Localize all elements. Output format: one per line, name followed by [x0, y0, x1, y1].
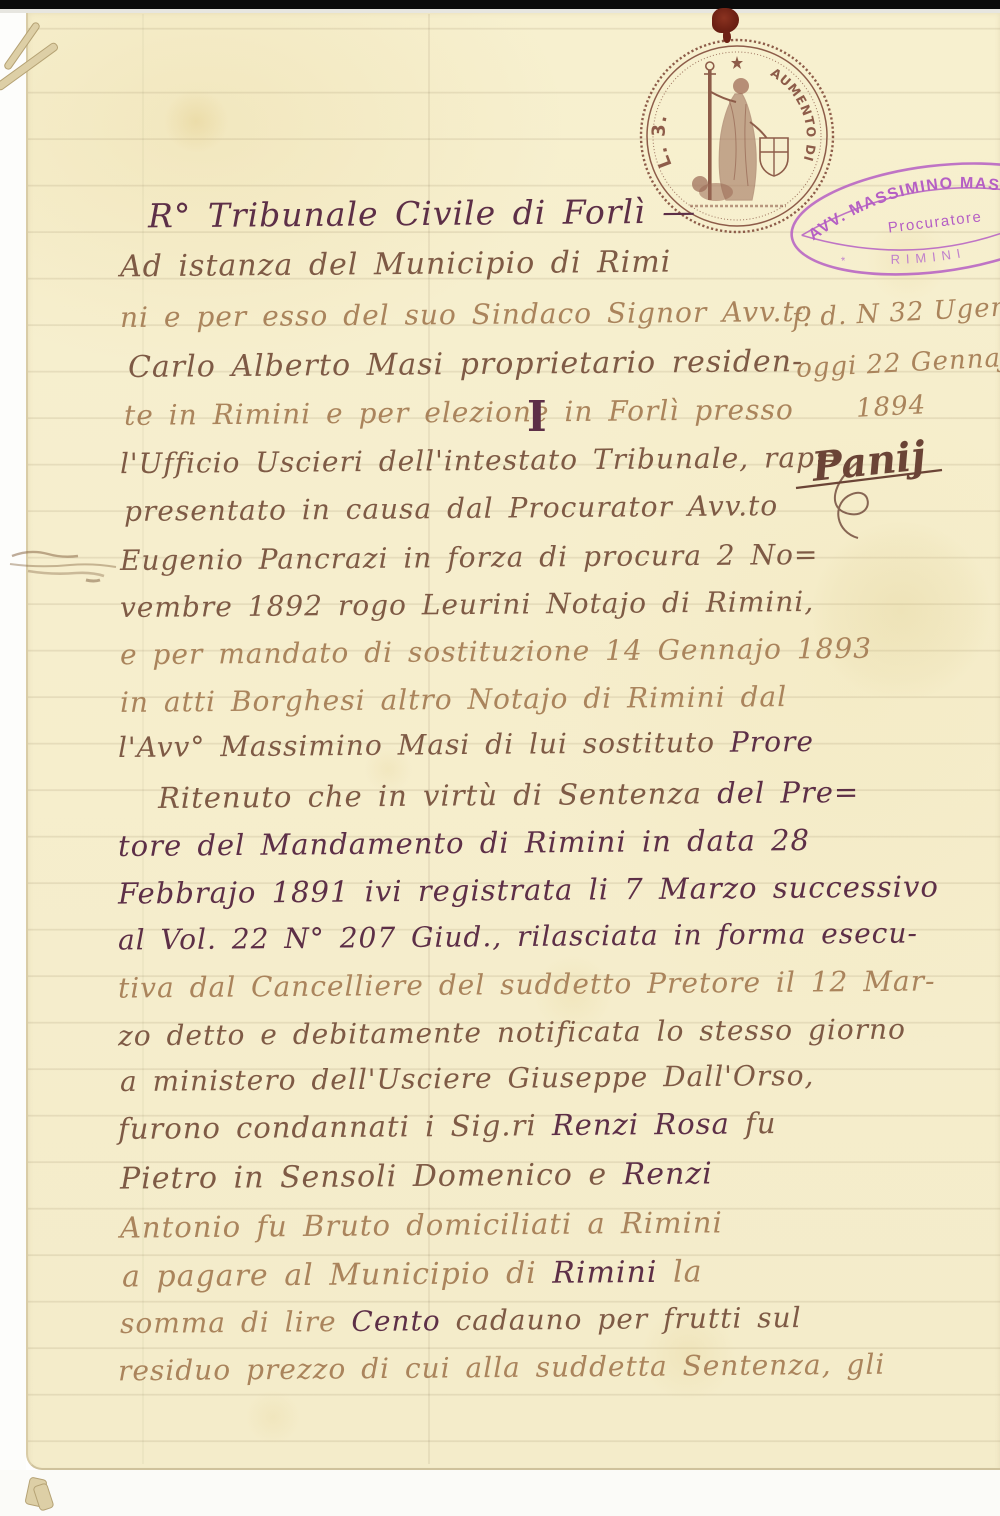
seal-denomination: L. 3. — [649, 112, 677, 171]
ink-smudge-icon — [8, 540, 128, 590]
scan-bottom-margin — [0, 1470, 1000, 1516]
stamp-star-left-icon: * — [840, 255, 846, 268]
stamp-city-text: RIMINI — [889, 243, 967, 270]
embossed-seal-ghost-icon — [812, 522, 990, 700]
margin-note-line: 1894 — [855, 390, 927, 424]
scan-left-margin — [0, 13, 26, 1516]
stamp-title-text: Procuratore — [887, 208, 983, 236]
scanner-edge-highlight — [0, 9, 1000, 13]
svg-text:RIMINI: RIMINI — [889, 243, 967, 270]
scanned-document: L. 3. AUMENTO DI 2/10 AVV. MASSIMINO MAS… — [0, 0, 1000, 1516]
svg-text:L. 3.: L. 3. — [649, 112, 677, 171]
scanner-edge-strip — [0, 0, 1000, 9]
ink-blot-drip-icon — [723, 30, 731, 43]
fold-line — [142, 14, 144, 1464]
signature-flourish-icon — [792, 452, 992, 542]
fold-line — [428, 14, 430, 1464]
